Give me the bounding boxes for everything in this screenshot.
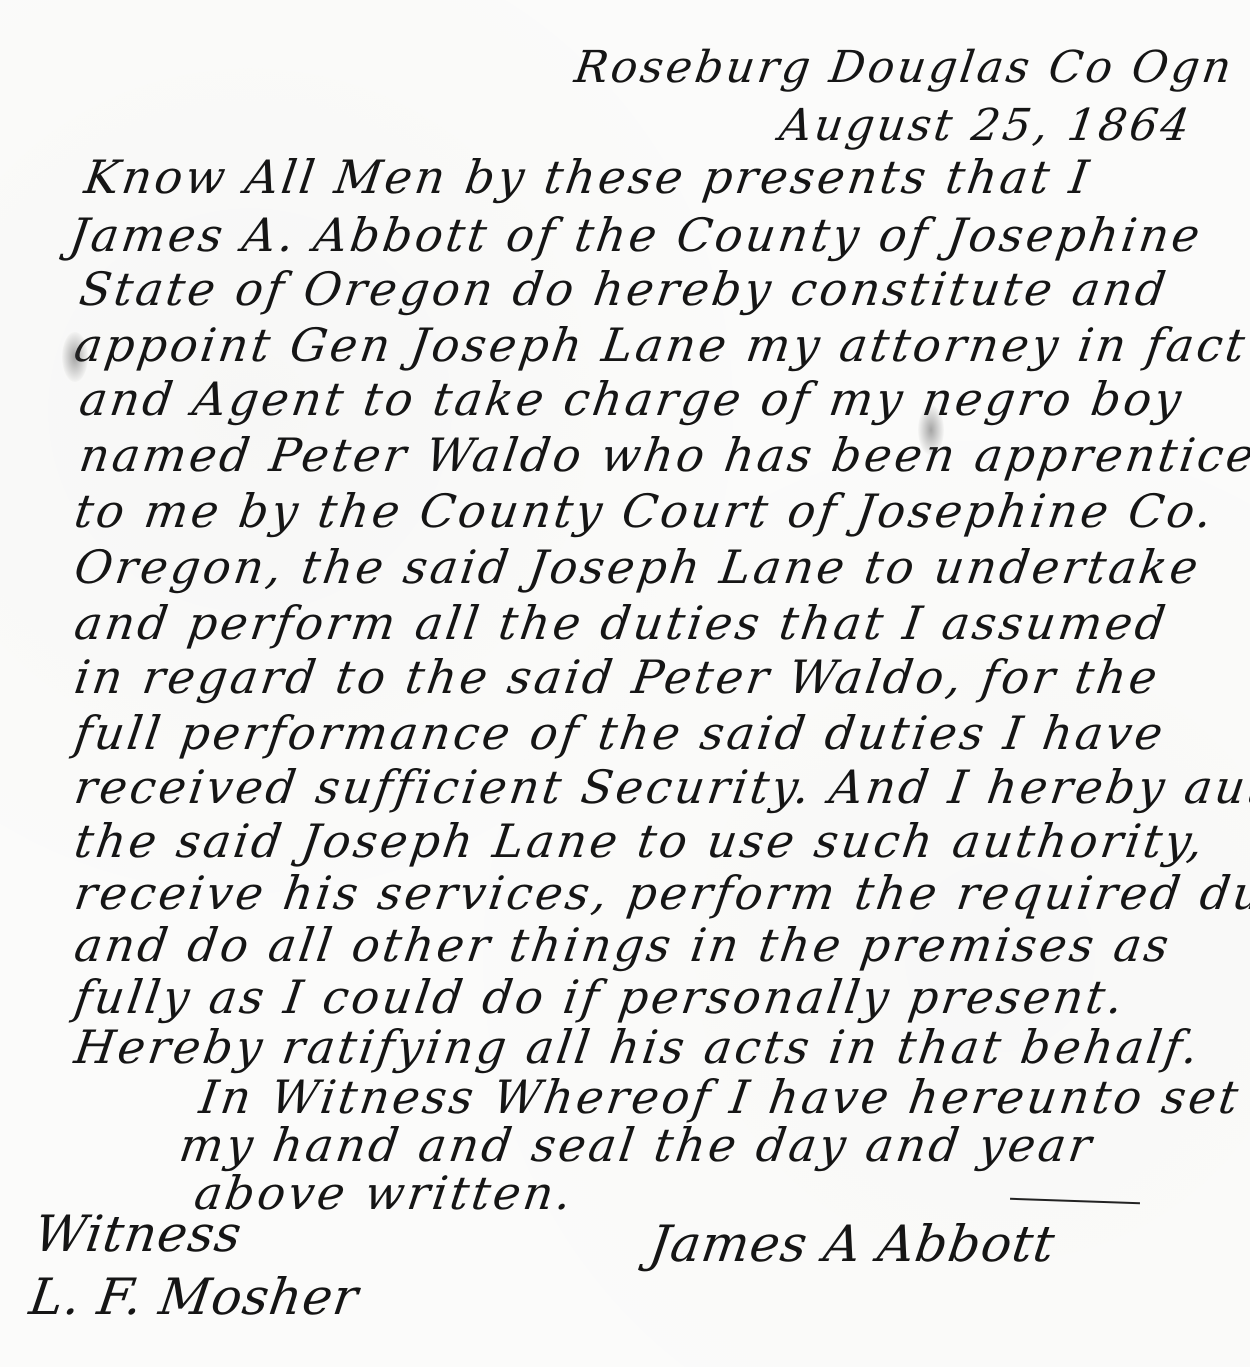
document-page: Roseburg Douglas Co Ogn August 25, 1864 … [0,0,1250,1367]
witness-name: L. F. Mosher [26,1268,362,1326]
body-line: State of Oregon do hereby constitute and [76,262,1172,316]
body-line: Know All Men by these presents that I [81,150,1095,204]
body-line: fully as I could do if personally presen… [71,970,1129,1024]
body-line: received sufficient Security. And I here… [71,760,1250,814]
header-date: August 25, 1864 [776,100,1195,151]
witness-label: Witness [31,1205,246,1263]
header-place: Roseburg Douglas Co Ogn [571,42,1237,93]
body-line: and Agent to take charge of my negro boy [76,372,1187,426]
ink-smudge [62,332,88,382]
body-line: receive his services, perform the requir… [71,866,1250,920]
body-line: and perform all the duties that I assume… [71,596,1171,650]
body-line: Oregon, the said Joseph Lane to undertak… [71,540,1204,594]
body-line: the said Joseph Lane to use such authori… [71,814,1209,868]
body-line: James A. Abbott of the County of Josephi… [66,208,1206,262]
body-line: in regard to the said Peter Waldo, for t… [71,650,1163,704]
body-line: In Witness Whereof I have hereunto set [196,1070,1244,1124]
body-line: above written. [191,1166,578,1220]
body-line: Hereby ratifying all his acts in that be… [71,1020,1204,1074]
signature-flourish [1010,1198,1140,1205]
ink-smudge [918,405,944,455]
body-line: and do all other things in the premises … [71,918,1175,972]
signature: James A Abbott [646,1215,1059,1273]
body-line: named Peter Waldo who has been apprentic… [76,428,1250,482]
body-line: to me by the County Court of Josephine C… [71,484,1218,538]
body-line: appoint Gen Joseph Lane my attorney in f… [71,318,1250,372]
body-line: full performance of the said duties I ha… [71,706,1169,760]
body-line: my hand and seal the day and year [176,1118,1097,1172]
